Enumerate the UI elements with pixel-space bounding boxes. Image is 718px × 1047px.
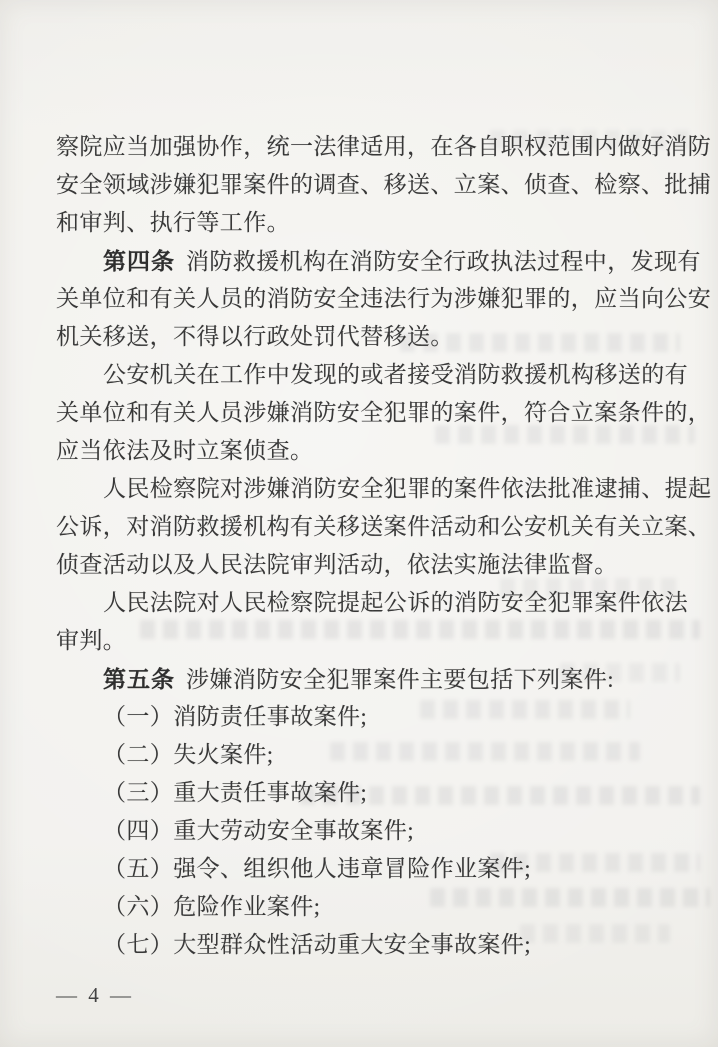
line-text: （七）大型群众性活动重大安全事故案件; (103, 932, 531, 957)
text-line: （四）重大劳动安全事故案件; (56, 812, 668, 850)
text-line: 关单位和有关人员的消防安全违法行为涉嫌犯罪的，应当向公安 (56, 280, 668, 318)
line-text: （二）失火案件; (103, 742, 274, 767)
line-text: 公诉，对消防救援机构有关移送案件活动和公安机关有关立案、 (56, 514, 711, 539)
line-text: （四）重大劳动安全事故案件; (103, 818, 414, 843)
line-text: 涉嫌消防安全犯罪案件主要包括下列案件: (186, 667, 614, 692)
text-line: 审判。 (56, 622, 668, 660)
document-body: 察院应当加强协作，统一法律适用，在各自职权范围内做好消防安全领域涉嫌犯罪案件的调… (56, 128, 668, 964)
line-text: （一）消防责任事故案件; (103, 704, 367, 729)
text-line: 察院应当加强协作，统一法律适用，在各自职权范围内做好消防 (56, 128, 668, 166)
text-line: 人民检察院对涉嫌消防安全犯罪的案件依法批准逮捕、提起 (56, 470, 668, 508)
line-text: 察院应当加强协作，统一法律适用，在各自职权范围内做好消防 (56, 134, 711, 159)
line-text: 和审判、执行等工作。 (56, 210, 290, 235)
text-line: 和审判、执行等工作。 (56, 204, 668, 242)
line-text: （六）危险作业案件; (103, 894, 320, 919)
line-text: 人民法院对人民检察院提起公诉的消防安全犯罪案件依法 (103, 590, 688, 615)
text-line: （七）大型群众性活动重大安全事故案件; (56, 926, 668, 964)
text-line: 侦查活动以及人民法院审判活动，依法实施法律监督。 (56, 546, 668, 584)
line-text: 关单位和有关人员涉嫌消防安全犯罪的案件，符合立案条件的， (56, 400, 711, 425)
text-line: （三）重大责任事故案件; (56, 774, 668, 812)
text-line: 机关移送，不得以行政处罚代替移送。 (56, 318, 668, 356)
line-text: （三）重大责任事故案件; (103, 780, 367, 805)
text-line: 公诉，对消防救援机构有关移送案件活动和公安机关有关立案、 (56, 508, 668, 546)
line-text: 机关移送，不得以行政处罚代替移送。 (56, 324, 454, 349)
page-number: — 4 — (56, 983, 134, 1008)
text-line: （六）危险作业案件; (56, 888, 668, 926)
line-text: 审判。 (56, 628, 126, 653)
text-line: （二）失火案件; (56, 736, 668, 774)
text-line: 第五条涉嫌消防安全犯罪案件主要包括下列案件: (56, 660, 668, 698)
text-line: 关单位和有关人员涉嫌消防安全犯罪的案件，符合立案条件的， (56, 394, 668, 432)
line-text: 公安机关在工作中发现的或者接受消防救援机构移送的有 (103, 362, 688, 387)
line-text: （五）强令、组织他人违章冒险作业案件; (103, 856, 531, 881)
article-number: 第四条 (103, 248, 175, 274)
line-text: 人民检察院对涉嫌消防安全犯罪的案件依法批准逮捕、提起 (103, 476, 711, 501)
scanned-document-page: 察院应当加强协作，统一法律适用，在各自职权范围内做好消防安全领域涉嫌犯罪案件的调… (0, 0, 718, 1047)
line-text: 侦查活动以及人民法院审判活动，依法实施法律监督。 (56, 552, 618, 577)
line-text: 应当依法及时立案侦查。 (56, 438, 313, 463)
article-number: 第五条 (103, 666, 175, 692)
text-line: 应当依法及时立案侦查。 (56, 432, 668, 470)
text-line: （五）强令、组织他人违章冒险作业案件; (56, 850, 668, 888)
line-text: 安全领域涉嫌犯罪案件的调查、移送、立案、侦查、检察、批捕 (56, 172, 711, 197)
text-line: 第四条消防救援机构在消防安全行政执法过程中，发现有 (56, 242, 668, 280)
line-text: 关单位和有关人员的消防安全违法行为涉嫌犯罪的，应当向公安 (56, 286, 711, 311)
text-line: 公安机关在工作中发现的或者接受消防救援机构移送的有 (56, 356, 668, 394)
text-line: （一）消防责任事故案件; (56, 698, 668, 736)
text-line: 安全领域涉嫌犯罪案件的调查、移送、立案、侦查、检察、批捕 (56, 166, 668, 204)
text-line: 人民法院对人民检察院提起公诉的消防安全犯罪案件依法 (56, 584, 668, 622)
line-text: 消防救援机构在消防安全行政执法过程中，发现有 (186, 249, 701, 274)
